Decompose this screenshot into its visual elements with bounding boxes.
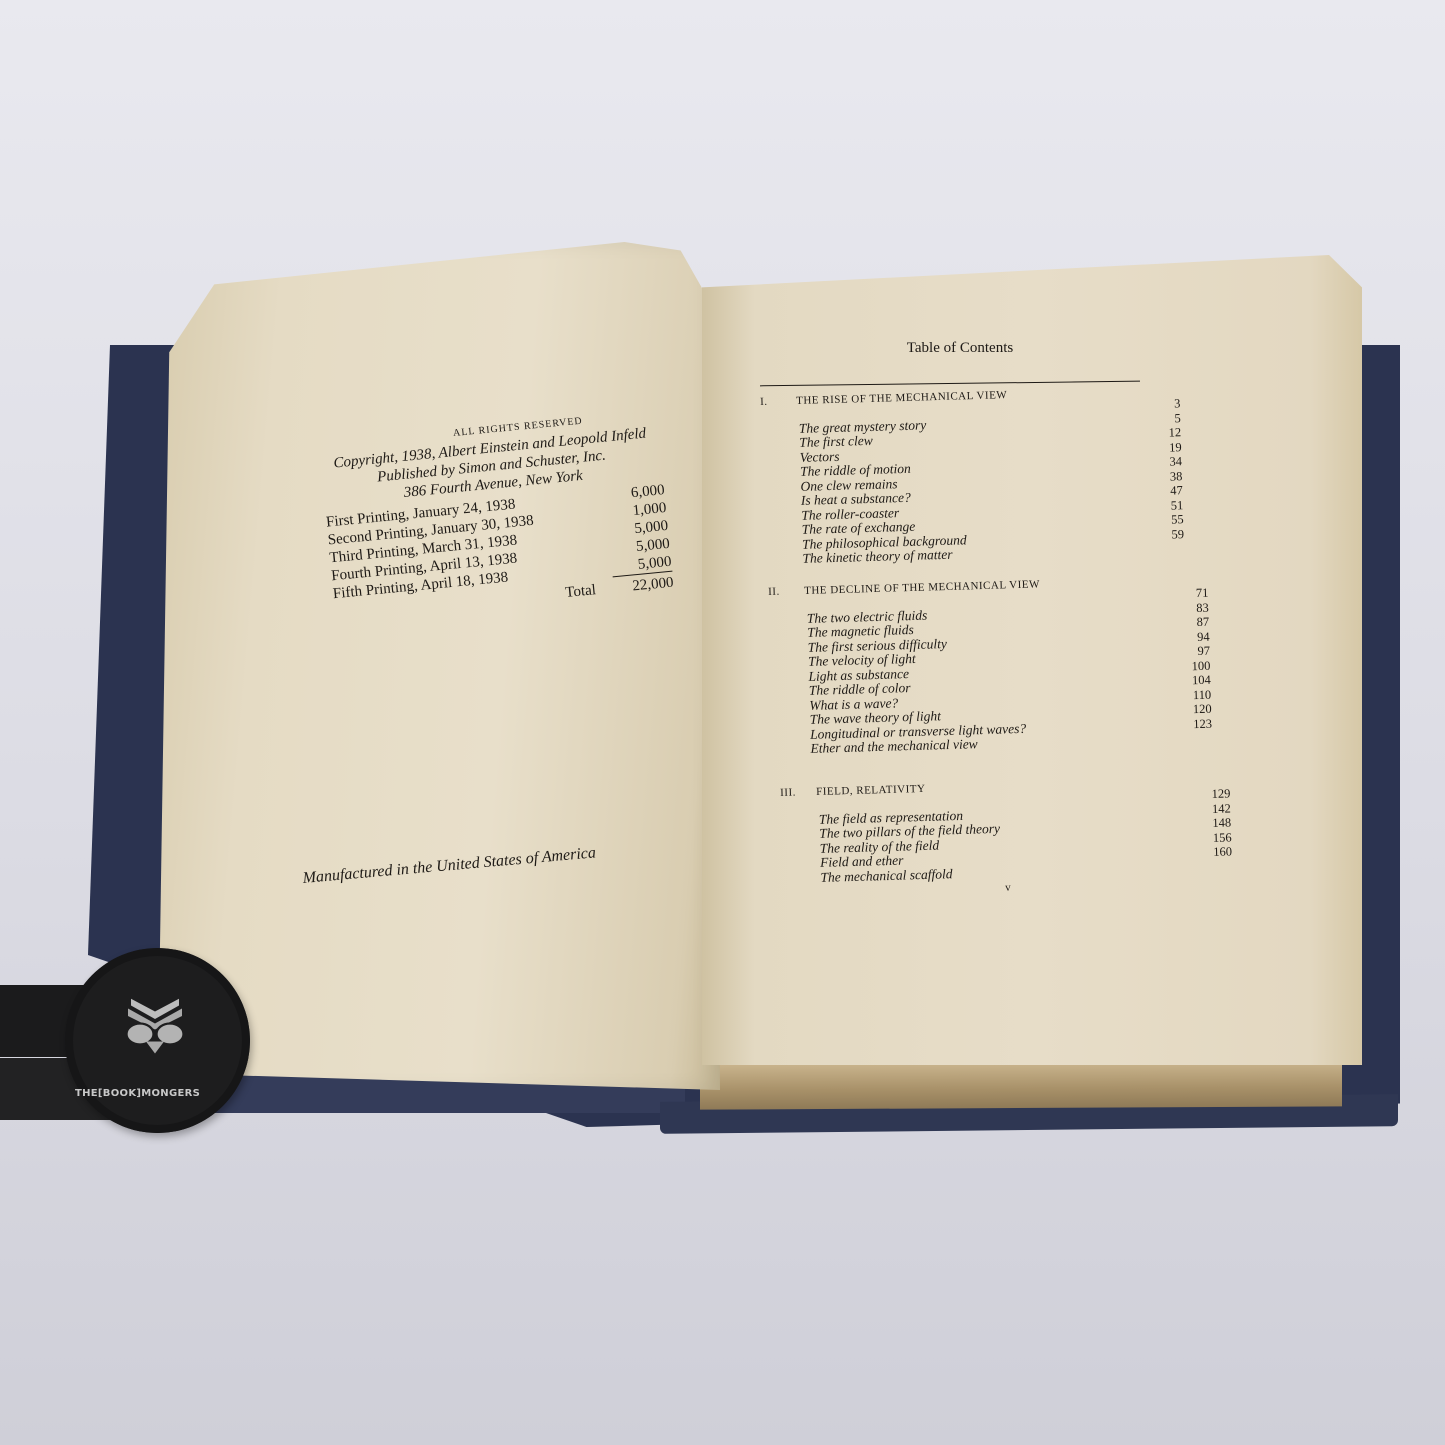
entry-page: 123 [1172,716,1212,732]
entry-page: 34 [1142,454,1182,470]
entry-page: 55 [1143,512,1183,528]
entry-title: The mechanical scaffold [820,867,952,885]
entry-page: 71 [1168,585,1208,601]
entry-title: Ether and the mechanical view [810,737,978,756]
entry-page: 19 [1141,440,1181,456]
entry-page: 51 [1143,498,1183,514]
entry-page: 12 [1141,425,1181,441]
toc-section: III. FIELD, RELATIVITY 129 The field as … [780,774,1233,900]
toc-title: Table of Contents [750,340,1170,357]
toc-rule [760,381,1140,387]
copyright-block: ALL RIGHTS RESERVED Copyright, 1938, Alb… [318,405,674,624]
entry-page: 110 [1171,687,1211,703]
entry-page [1144,541,1184,557]
table-of-contents: Table of Contents I. THE RISE OF THE MEC… [760,340,1230,918]
entry-page: 120 [1171,701,1211,717]
entry-page: 142 [1191,801,1231,817]
entry-page [1172,730,1212,746]
entry-page: 3 [1140,396,1180,412]
entry-page: 87 [1169,614,1209,630]
entry-page: 100 [1170,658,1210,674]
entry-page: 156 [1191,830,1231,846]
section-number: I. [760,395,796,408]
entry-page: 94 [1169,629,1209,645]
entry-page: 97 [1170,643,1210,659]
entry-page: 47 [1143,483,1183,499]
toc-section: I. THE RISE OF THE MECHANICAL VIEW 3 The… [760,384,1185,567]
entry-page: 148 [1191,815,1231,831]
bookmark-brand: THE[BOOK]MONGERS [75,1088,200,1099]
entry-page: 59 [1144,527,1184,543]
entry-page: 83 [1169,600,1209,616]
left-page [158,242,720,1090]
section-number: III. [780,786,816,799]
entry-page: 104 [1171,672,1211,688]
entry-page: 160 [1192,844,1232,860]
book-owl-glasses-icon [95,995,215,1055]
entry-page [1192,859,1232,875]
entry-page: 38 [1142,469,1182,485]
section-number: II. [768,584,804,597]
toc-section: II. THE DECLINE OF THE MECHANICAL VIEW 7… [768,573,1213,757]
entry-page: 129 [1190,786,1230,802]
page-block-edge [700,1058,1342,1109]
total-label: Total [565,581,597,602]
entry-page: 5 [1141,411,1181,427]
entry-title: The kinetic theory of matter [802,548,952,567]
